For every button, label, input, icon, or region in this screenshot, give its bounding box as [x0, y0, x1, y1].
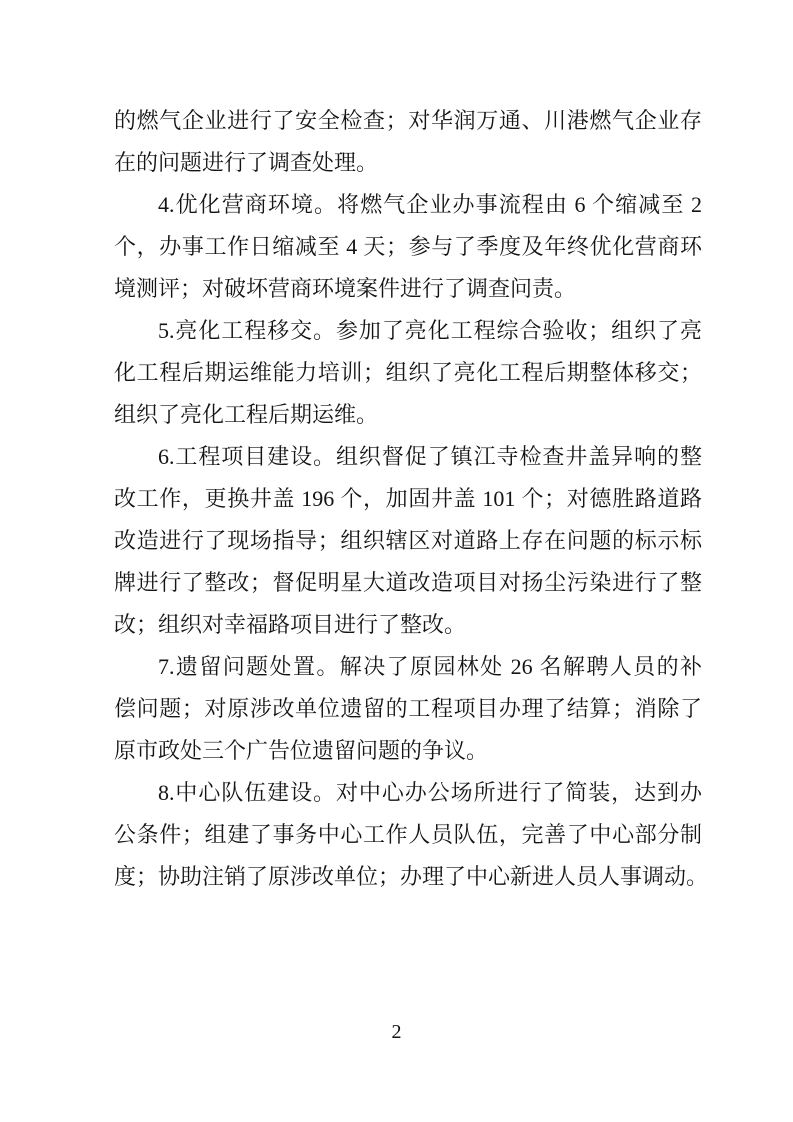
document-page: 的燃气企业进行了安全检查；对华润万通、川港燃气企业存 在的问题进行了调查处理。 …	[0, 0, 793, 1122]
paragraph-7-legacy-issues: 7.遗留问题处置。解决了原园林处 26 名解聘人员的补 偿问题；对原涉改单位遗留…	[114, 646, 702, 772]
paragraph-8-team-building: 8.中心队伍建设。对中心办公场所进行了简装，达到办 公条件；组建了事务中心工作人…	[114, 772, 702, 898]
document-body: 的燃气企业进行了安全检查；对华润万通、川港燃气企业存 在的问题进行了调查处理。 …	[114, 100, 702, 898]
paragraph-5-lighting-project-handover: 5.亮化工程移交。参加了亮化工程综合验收；组织了亮 化工程后期运维能力培训；组织…	[114, 310, 702, 436]
text-line: 改；组织对幸福路项目进行了整改。	[114, 604, 702, 646]
text-line: 原市政处三个广告位遗留问题的争议。	[114, 730, 702, 772]
text-line: 偿问题；对原涉改单位遗留的工程项目办理了结算；消除了	[114, 688, 702, 730]
text-line: 改工作，更换井盖 196 个，加固井盖 101 个；对德胜路道路	[114, 478, 702, 520]
text-line: 组织了亮化工程后期运维。	[114, 394, 702, 436]
paragraph-4-business-environment: 4.优化营商环境。将燃气企业办事流程由 6 个缩减至 2 个，办事工作日缩减至 …	[114, 184, 702, 310]
text-line: 7.遗留问题处置。解决了原园林处 26 名解聘人员的补	[114, 646, 702, 688]
page-number: 2	[0, 1021, 793, 1043]
text-line: 境测评；对破坏营商环境案件进行了调查问责。	[114, 268, 702, 310]
text-line: 牌进行了整改；督促明星大道改造项目对扬尘污染进行了整	[114, 562, 702, 604]
paragraph-gas-inspection-continuation: 的燃气企业进行了安全检查；对华润万通、川港燃气企业存 在的问题进行了调查处理。	[114, 100, 702, 184]
text-line: 改造进行了现场指导；组织辖区对道路上存在问题的标示标	[114, 520, 702, 562]
text-line: 个，办事工作日缩减至 4 天；参与了季度及年终优化营商环	[114, 226, 702, 268]
text-line: 在的问题进行了调查处理。	[114, 142, 702, 184]
paragraph-6-construction-projects: 6.工程项目建设。组织督促了镇江寺检查井盖异响的整 改工作，更换井盖 196 个…	[114, 436, 702, 646]
text-line: 4.优化营商环境。将燃气企业办事流程由 6 个缩减至 2	[114, 184, 702, 226]
text-line: 5.亮化工程移交。参加了亮化工程综合验收；组织了亮	[114, 310, 702, 352]
text-line: 的燃气企业进行了安全检查；对华润万通、川港燃气企业存	[114, 100, 702, 142]
text-line: 公条件；组建了事务中心工作人员队伍，完善了中心部分制	[114, 814, 702, 856]
text-line: 8.中心队伍建设。对中心办公场所进行了简装，达到办	[114, 772, 702, 814]
text-line: 6.工程项目建设。组织督促了镇江寺检查井盖异响的整	[114, 436, 702, 478]
text-line: 化工程后期运维能力培训；组织了亮化工程后期整体移交；	[114, 352, 702, 394]
text-line: 度；协助注销了原涉改单位；办理了中心新进人员人事调动。	[114, 856, 702, 898]
